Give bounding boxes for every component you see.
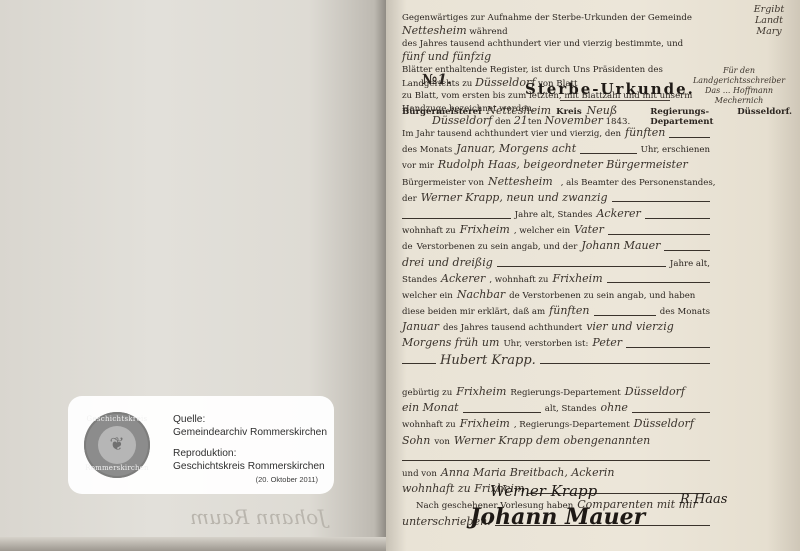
signature-2: Johann Mauer	[470, 504, 645, 530]
intro-line: Gegenwärtiges zur Aufnahme der Sterbe-Ur…	[402, 12, 707, 38]
reproduction-label: Reproduktion:	[173, 448, 327, 461]
body-line: wohnhaft zuFrixheim, welcher einVater	[402, 223, 710, 239]
body-line: diese beiden mir erklärt, daß amfünftend…	[402, 304, 710, 320]
body-line: Januardes Jahres tausend achthundertvier…	[402, 320, 710, 336]
reproduction-value: Geschichtskreis Rommerskirchen	[173, 461, 327, 474]
body-line: drei und dreißigJahre alt,	[402, 256, 710, 272]
body-line: Hubert Krapp.	[402, 353, 710, 369]
bleed-through-text: Johann Raum	[190, 505, 326, 529]
source-value: Gemeindearchiv Rommerskirchen	[173, 427, 327, 440]
body-line: ein Monatalt, Standesohne	[402, 401, 710, 417]
body-line	[402, 450, 710, 466]
body-line: Bürgermeister vonNettesheim, als Beamter…	[402, 175, 710, 191]
body-line-blank	[402, 369, 710, 385]
body-line: Jahre alt, StandesAckerer	[402, 207, 710, 223]
document-scan: Johann Raum Ergibt Landt Mary Für den La…	[0, 0, 800, 551]
certificate-body: Im Jahr tausend achthundert vier und vie…	[402, 126, 710, 531]
body-line: vor mirRudolph Haas, beigeordneter Bürge…	[402, 158, 710, 174]
margin-note-top: Ergibt Landt Mary	[740, 4, 798, 37]
body-line: gebürtig zuFrixheimRegierungs-Departemen…	[402, 385, 710, 401]
body-line: des MonatsJanuar, Morgens achtUhr, ersch…	[402, 142, 710, 158]
signature-3: R Haas	[680, 492, 727, 507]
title-divider	[560, 100, 670, 101]
intro-line: des Jahres tausend achthundert vier und …	[402, 38, 707, 64]
body-line: derWerner Krapp, neun und zwanzig	[402, 191, 710, 207]
reproduction-date: (20. Oktober 2011)	[256, 475, 318, 484]
certificate-number: №1.	[422, 72, 452, 88]
signature-1: Werner Krapp	[490, 482, 597, 500]
body-line: Morgens früh umUhr, verstorben ist:Peter	[402, 336, 710, 352]
attribution-card: Geschichtskreis ❦ Rommerskirchen Quelle:…	[68, 396, 334, 494]
body-line: und vonAnna Maria Breitbach, Ackerin	[402, 466, 710, 482]
source-label: Quelle:	[173, 414, 327, 427]
body-line: wohnhaft zuFrixheim, Regierungs-Departem…	[402, 417, 710, 433]
body-line: welcher einNachbarde Verstorbenen zu sei…	[402, 288, 710, 304]
admin-line: Bürgermeisterei Nettesheim Kreis Neuß Re…	[402, 104, 792, 127]
document-title: Sterbe-Urkunde.	[525, 80, 695, 98]
body-line: Im Jahr tausend achthundert vier und vie…	[402, 126, 710, 142]
body-line: deVerstorbenen zu sein angab, und derJoh…	[402, 239, 710, 255]
body-line: SohnvonWerner Krapp dem obengenannten	[402, 434, 710, 450]
attribution-text: Quelle: Gemeindearchiv Rommerskirchen Re…	[173, 414, 327, 473]
eagle-icon: ❦	[106, 433, 128, 457]
body-line: StandesAckerer, wohnhaft zuFrixheim	[402, 272, 710, 288]
geschichtskreis-seal-icon: Geschichtskreis ❦ Rommerskirchen	[84, 412, 150, 478]
